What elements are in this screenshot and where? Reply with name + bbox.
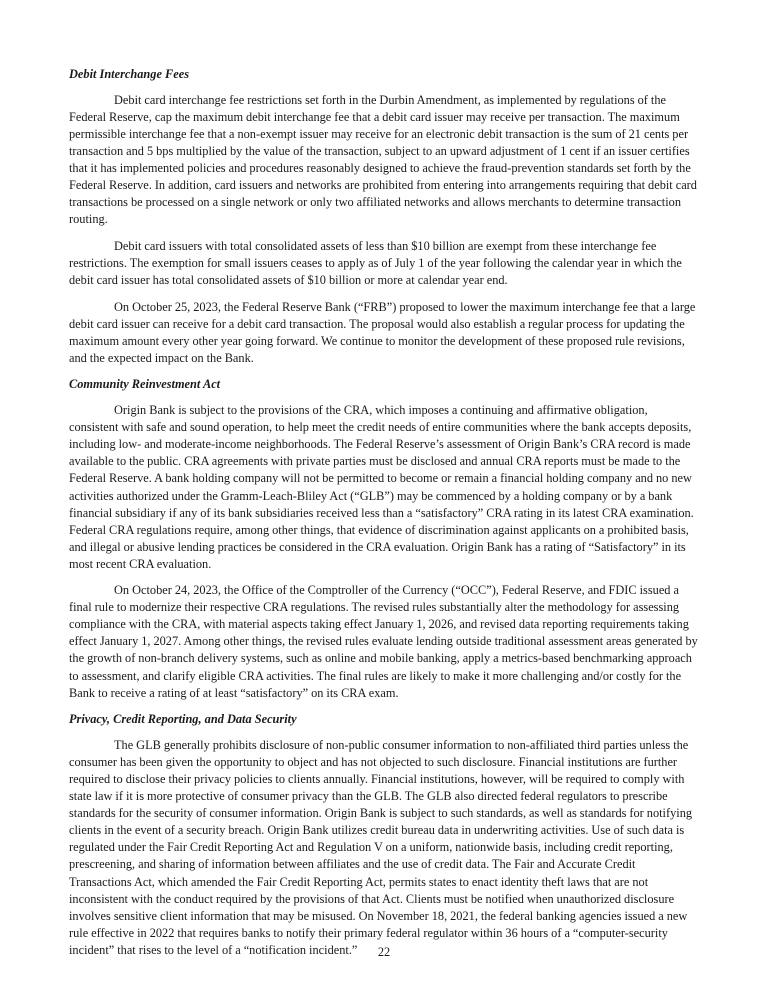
page-number: 22 — [0, 944, 768, 961]
document-page: Debit Interchange Fees Debit card interc… — [69, 66, 699, 968]
paragraph: Debit card issuers with total consolidat… — [69, 238, 699, 289]
section-heading: Debit Interchange Fees — [69, 66, 699, 83]
paragraph: The GLB generally prohibits disclosure o… — [69, 737, 699, 959]
paragraph: On October 25, 2023, the Federal Reserve… — [69, 299, 699, 367]
section-debit-interchange-fees: Debit Interchange Fees Debit card interc… — [69, 66, 699, 367]
section-heading: Privacy, Credit Reporting, and Data Secu… — [69, 711, 699, 728]
section-community-reinvestment-act: Community Reinvestment Act Origin Bank i… — [69, 376, 699, 701]
section-heading: Community Reinvestment Act — [69, 376, 699, 393]
paragraph: Debit card interchange fee restrictions … — [69, 92, 699, 228]
paragraph: On October 24, 2023, the Office of the C… — [69, 582, 699, 701]
section-privacy-credit-reporting-data-security: Privacy, Credit Reporting, and Data Secu… — [69, 711, 699, 959]
paragraph: Origin Bank is subject to the provisions… — [69, 402, 699, 572]
